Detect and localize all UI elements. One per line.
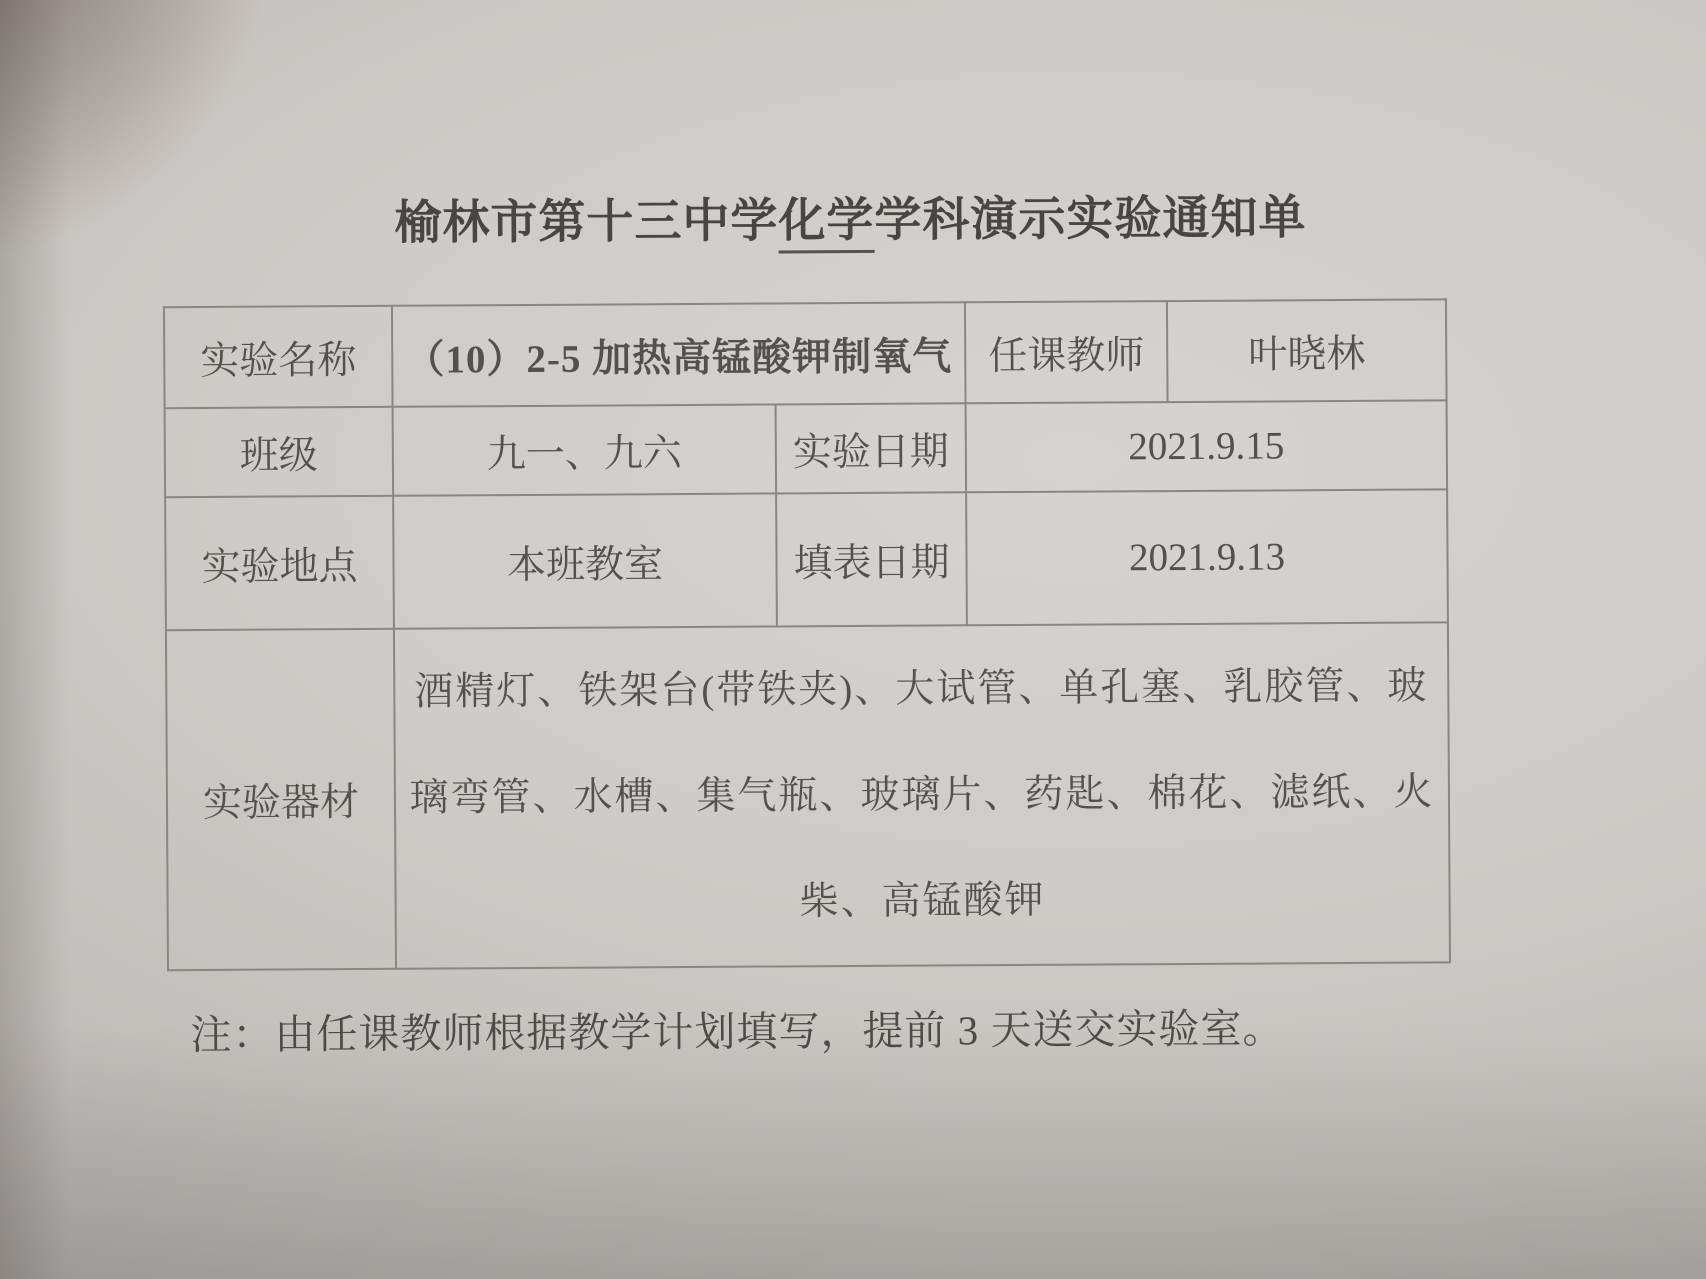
teacher-value: 叶晓林: [1167, 299, 1447, 402]
experiment-notice-table: 实验名称 （10）2-5 加热高锰酸钾制氧气 任课教师 叶晓林 班级 九一、九六…: [163, 298, 1451, 971]
title-suffix: 学科演示实验通知单: [874, 192, 1306, 247]
title-prefix: 榆林市第十三中学: [394, 195, 778, 249]
class-label: 班级: [165, 407, 394, 497]
location-value: 本班教室: [393, 493, 777, 628]
footer-note: 注：由任课教师根据教学计划填写，提前 3 天送交实验室。: [190, 995, 1284, 1061]
experiment-name-value: （10）2-5 加热高锰酸钾制氧气: [392, 302, 966, 406]
equipment-label: 实验器材: [166, 629, 396, 970]
equipment-value: 酒精灯、铁架台(带铁夹)、大试管、单孔塞、乳胶管、玻璃弯管、水槽、集气瓶、玻璃片…: [394, 622, 1450, 968]
table-row-equipment: 实验器材 酒精灯、铁架台(带铁夹)、大试管、单孔塞、乳胶管、玻璃弯管、水槽、集气…: [166, 622, 1450, 970]
experiment-date-value: 2021.9.15: [966, 400, 1448, 492]
fill-date-label: 填表日期: [776, 492, 967, 626]
experiment-date-label: 实验日期: [776, 403, 967, 493]
teacher-label: 任课教师: [965, 301, 1168, 403]
class-value: 九一、九六: [393, 404, 777, 495]
page-title: 榆林市第十三中学化学学科演示实验通知单: [0, 178, 1704, 255]
table-row-experiment-name: 实验名称 （10）2-5 加热高锰酸钾制氧气 任课教师 叶晓林: [164, 299, 1447, 408]
location-label: 实验地点: [165, 496, 394, 630]
fill-date-value: 2021.9.13: [966, 489, 1448, 625]
experiment-name-label: 实验名称: [164, 306, 393, 408]
table-row-class: 班级 九一、九六 实验日期 2021.9.15: [165, 400, 1448, 497]
table-row-location: 实验地点 本班教室 填表日期 2021.9.13: [165, 489, 1448, 630]
title-underlined-subject: 化学: [778, 195, 874, 254]
document-sheet: 榆林市第十三中学化学学科演示实验通知单 实验名称 （10）2-5 加热高锰酸钾制…: [0, 0, 1706, 1279]
